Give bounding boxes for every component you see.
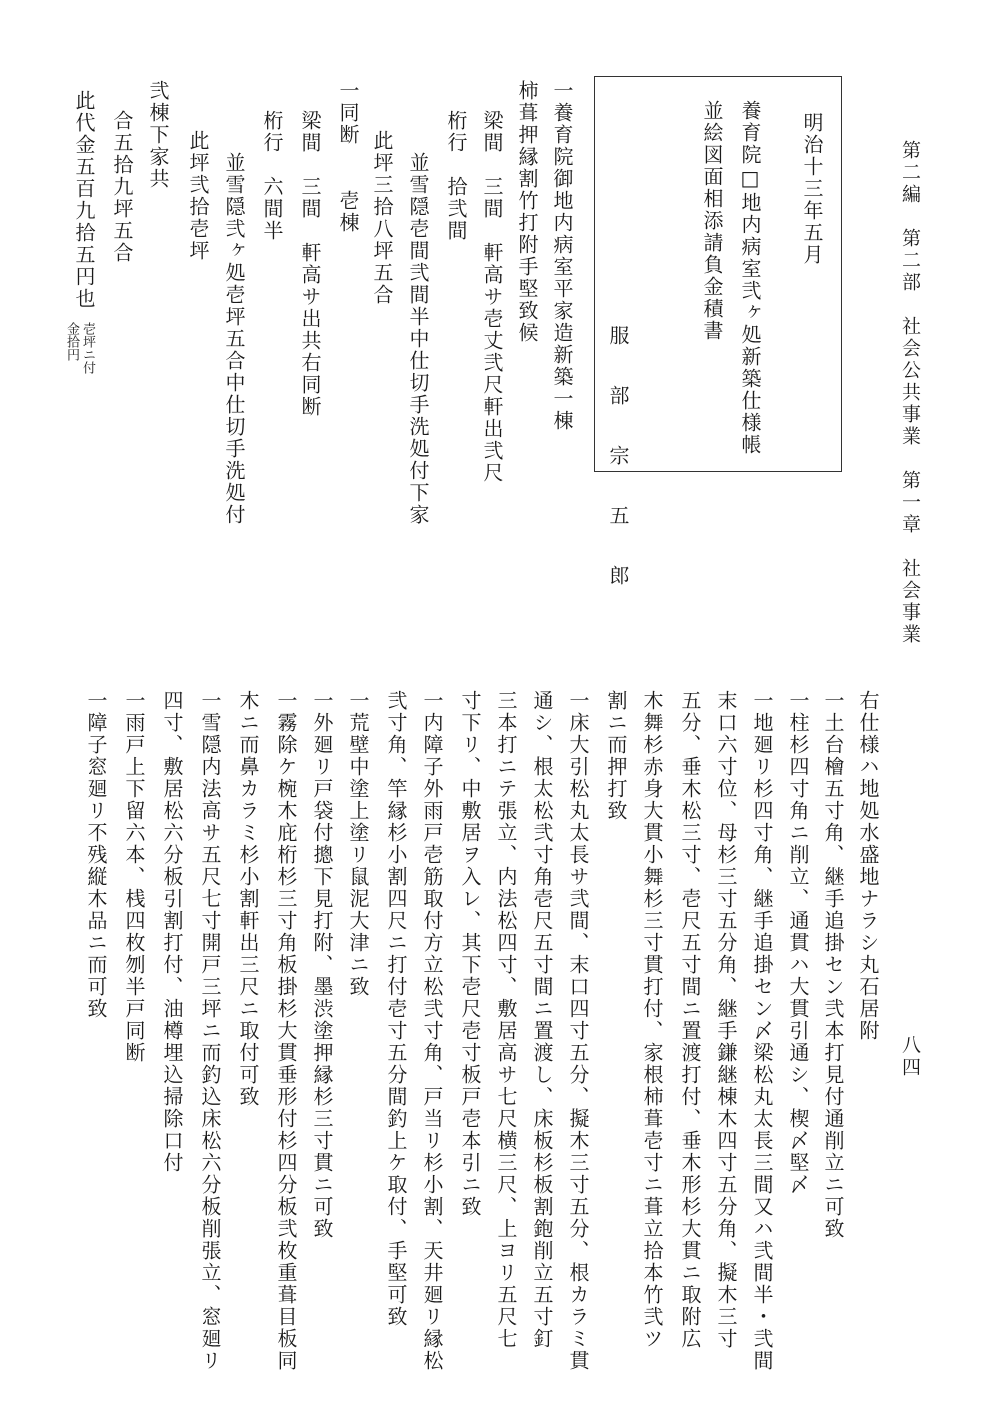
lower-col-22: 一障子窓廻リ不残縦木品ニ而可致 [84, 690, 108, 1020]
lower-col-17: 一霧除ケ椀木庇桁杉三寸角板掛杉大貫垂形付杉四分板弐枚重葺目板同 [274, 690, 298, 1372]
lower-col-4: 一地廻リ杉四寸角、継手追掛セン〆梁松丸太長三間又ハ弐間半・弐間 [750, 690, 774, 1372]
upper-col-8: 梁間 三間 軒高サ出共右同断 [298, 110, 322, 418]
upper-col-1: 一養育院御地内病室平家造新築一棟 [550, 80, 574, 432]
upper-col-13: 合五拾九坪五合 [110, 110, 134, 264]
lower-col-6: 五分、垂木松三寸、壱尺五寸間ニ置渡打付、垂木形杉大貫ニ取附広 [678, 690, 702, 1350]
lower-col-19: 一雪隠内法高サ五尺七寸開戸三坪ニ而釣込床松六分板削張立、窓廻リ [198, 690, 222, 1372]
upper-col-10: 並雪隠弐ヶ処壱坪五合中仕切手洗処付 [222, 152, 246, 526]
lower-col-14: 弐寸角、竿縁杉小割四尺ニ打付壱寸五分間釣上ケ取付、手堅可致 [384, 690, 408, 1328]
lower-col-15: 一荒壁中塗上塗リ鼠泥大津ニ致 [346, 690, 370, 998]
document-title-line-1: 養育院□地内病室弐ヶ処新築仕様帳 [738, 100, 762, 456]
upper-col-5: 並雪隠壱間弐間半中仕切手洗処付下家 [406, 152, 430, 526]
page-number: 八四 [898, 1035, 922, 1079]
price-note-line-2: 金拾円 [64, 322, 79, 361]
lower-col-3: 一柱杉四寸角ニ削立、通貫ハ大貫引通シ、楔〆堅〆 [786, 690, 810, 1196]
document-author: 服 部 宗 五 郎 [606, 325, 630, 595]
lower-col-2: 一土台檜五寸角、継手追掛セン弐本打見付通削立ニ可致 [821, 690, 845, 1240]
lower-col-8: 割ニ而押打致 [604, 690, 628, 822]
upper-col-9: 桁行 六間半 [260, 110, 284, 242]
lower-col-12: 寸下リ、中敷居ヲ入レ、其下壱尺壱寸板戸壱本引ニ致 [458, 690, 482, 1218]
document-title-line-2: 並絵図面相添請負金積書 [700, 100, 724, 342]
lower-col-7: 木舞杉赤身大貫小舞杉三寸貫打付、家根柿葺壱寸ニ葺立拾本竹弐ツ [640, 690, 664, 1350]
price-note-line-1: 壱坪ニ付 [80, 322, 95, 374]
upper-col-11: 此坪弐拾壱坪 [186, 130, 210, 262]
upper-col-2: 柿葺押縁割竹打附手堅致候 [515, 80, 539, 344]
lower-col-21: 一雨戸上下留六本、桟四枚刎半戸同断 [122, 690, 146, 1064]
lower-col-16: 一外廻リ戸袋付摠下見打附、墨渋塗押縁杉三寸貫ニ可致 [310, 690, 334, 1240]
lower-col-20: 四寸、敷居松六分板引割打付、油樽埋込掃除口付 [160, 690, 184, 1174]
upper-col-14: 此代金五百九拾五円也 [72, 90, 96, 310]
upper-col-7: 一同断 壱棟 [336, 80, 360, 234]
lower-col-13: 一内障子外雨戸壱筋取付方立松弐寸角、戸当リ杉小割、天井廻リ縁松 [420, 690, 444, 1372]
upper-col-3: 梁間 三間 軒高サ壱丈弐尺軒出弐尺 [480, 110, 504, 484]
lower-col-18: 木ニ而鼻カラミ杉小割軒出三尺ニ取付可致 [236, 690, 260, 1108]
lower-col-1: 右仕様ハ地処水盛地ナラシ丸石居附 [856, 690, 880, 1042]
lower-col-5: 末口六寸位、母杉三寸五分角、継手鎌継棟木四寸五分角、擬木三寸 [714, 690, 738, 1350]
lower-col-10: 通シ、根太松弐寸角壱尺五寸間ニ置渡し、床板杉板割鉋削立五寸釘 [530, 690, 554, 1350]
upper-col-12: 弐棟下家共 [146, 80, 170, 190]
document-date: 明治十三年五月 [800, 112, 824, 266]
running-header: 第二編 第二部 社会公共事業 第一章 社会事業 [898, 140, 922, 646]
lower-col-11: 三本打ニテ張立、内法松四寸、敷居高サ七尺横三尺、上ヨリ五尺七 [494, 690, 518, 1350]
upper-col-4: 桁行 拾弐間 [444, 110, 468, 242]
upper-col-6: 此坪三拾八坪五合 [370, 130, 394, 306]
lower-col-9: 一床大引松丸太長サ弐間、末口四寸五分、擬木三寸五分、根カラミ貫 [566, 690, 590, 1372]
